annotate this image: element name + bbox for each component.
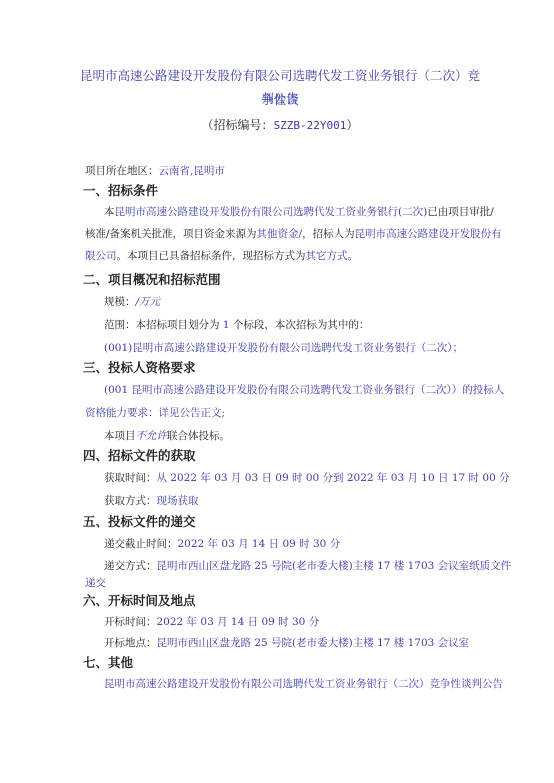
tender-code-suffix: ） [346,118,358,132]
scale-value: /万元 [136,296,161,308]
section-heading-6: 六、开标时间及地点 [83,591,196,611]
label: 递交截止时间： [104,538,178,550]
text: ，招标人为 [302,228,355,240]
tender-code-prefix: （招标编号： [202,118,274,132]
submission-method-cont: 递交 [85,574,106,592]
region-value: 云南省,昆明市 [159,165,225,177]
scale-line: 规模：/万元 [104,293,160,311]
project-name: 昆明市高速公路建设开发股份有限公司选聘代发工资业务银行(二次) [115,206,428,218]
submission-method: 递交方式：昆明市西山区盘龙路 25 号院(老市委大楼)主楼 17 楼 1703 … [104,557,511,575]
submission-deadline: 递交截止时间：2022 年 03 月 14 日 09 时 30 分 [104,535,340,553]
section-heading-4: 四、招标文件的获取 [83,446,196,466]
text: 本项目 [104,430,136,442]
section1-para-line1: 本昆明市高速公路建设开发股份有限公司选聘代发工资业务银行(二次)已由项目审批/ [104,203,494,221]
section-heading-2: 二、项目概况和招标范围 [83,270,221,290]
joint-bid-line: 本项目不允许联合体投标。 [104,427,230,445]
doc-obtain-time: 获取时间：从 2022 年 03 月 03 日 09 时 00 分到 2022 … [104,469,510,487]
text: 核准/备案机关批准，项目资金来源为 [85,228,257,240]
text: 已由项目审批/ [427,206,494,218]
section-heading-7: 七、其他 [83,653,133,673]
section-heading-5: 五、投标文件的递交 [83,512,196,532]
text: 联合体投标。 [167,430,230,442]
tenderer-name: 昆明市高速公路建设开发股份有 [355,228,502,240]
project-region: 项目所在地区：云南省,昆明市 [85,162,225,180]
label: 获取方式： [104,495,157,507]
value: 昆明市西山区盘龙路 25 号院(老市委大楼)主楼 17 楼 1703 会议室纸质… [157,560,512,572]
section-heading-1: 一、招标条件 [83,181,158,201]
label: 递交方式： [104,560,157,572]
qualification-line1: (001 昆明市高速公路建设开发股份有限公司选聘代发工资业务银行（二次））的投标… [104,381,504,399]
tender-code: （招标编号：SZZB-22Y001） [80,113,480,138]
label: 开标时间： [104,616,157,628]
value: 2022 年 03 月 14 日 09 时 30 分 [178,538,341,550]
fund-source: 其他资金/ [257,228,303,240]
value: 从 2022 年 03 月 03 日 09 时 00 分到 2022 年 03 … [157,472,510,484]
value: 昆明市西山区盘龙路 25 号院(老市委大楼)主楼 17 楼 1703 会议室 [157,637,470,649]
text: 个标段，本次招标为其中的： [233,319,370,331]
section1-para-line2: 核准/备案机关批准，项目资金来源为其他资金/，招标人为昆明市高速公路建设开发股份… [85,225,502,243]
lot-count: 1 [223,319,230,331]
scale-label: 规模： [104,296,136,308]
text: 。 [348,250,359,262]
label: 开标地点： [104,637,157,649]
region-label: 项目所在地区： [85,165,159,177]
text: 本 [104,206,115,218]
label: 获取时间： [104,472,157,484]
tenderer-name-cont: 限公司 [85,250,117,262]
lot-item: (001)昆明市高速公路建设开发股份有限公司选聘代发工资业务银行（二次）； [104,339,463,357]
scope-line: 范围：本招标项目划分为 1 个标段，本次招标为其中的： [104,316,369,334]
document-title-line2: 判公告 [80,87,480,111]
qualification-line2: 资格能力要求：详见公告正文; [85,404,225,422]
value: 现场获取 [157,495,199,507]
opening-place: 开标地点：昆明市西山区盘龙路 25 号院(老市委大楼)主楼 17 楼 1703 … [104,634,469,652]
joint-bid-status: 不允许 [136,430,168,442]
doc-obtain-method: 获取方式：现场获取 [104,492,199,510]
value: 2022 年 03 月 14 日 09 时 30 分 [157,616,320,628]
tender-code-value: SZZB-22Y001 [274,119,347,132]
other-text: 昆明市高速公路建设开发股份有限公司选聘代发工资业务银行（二次）竞争性谈判公告 [104,675,503,693]
text: 范围：本招标项目划分为 [104,319,220,331]
opening-time: 开标时间：2022 年 03 月 14 日 09 时 30 分 [104,613,319,631]
section1-para-line3: 限公司。本项目已具备招标条件，现招标方式为其它方式。 [85,247,358,265]
tender-method: 其它方式 [306,250,348,262]
text: 。本项目已具备招标条件，现招标方式为 [117,250,306,262]
section-heading-3: 三、投标人资格要求 [83,358,196,378]
